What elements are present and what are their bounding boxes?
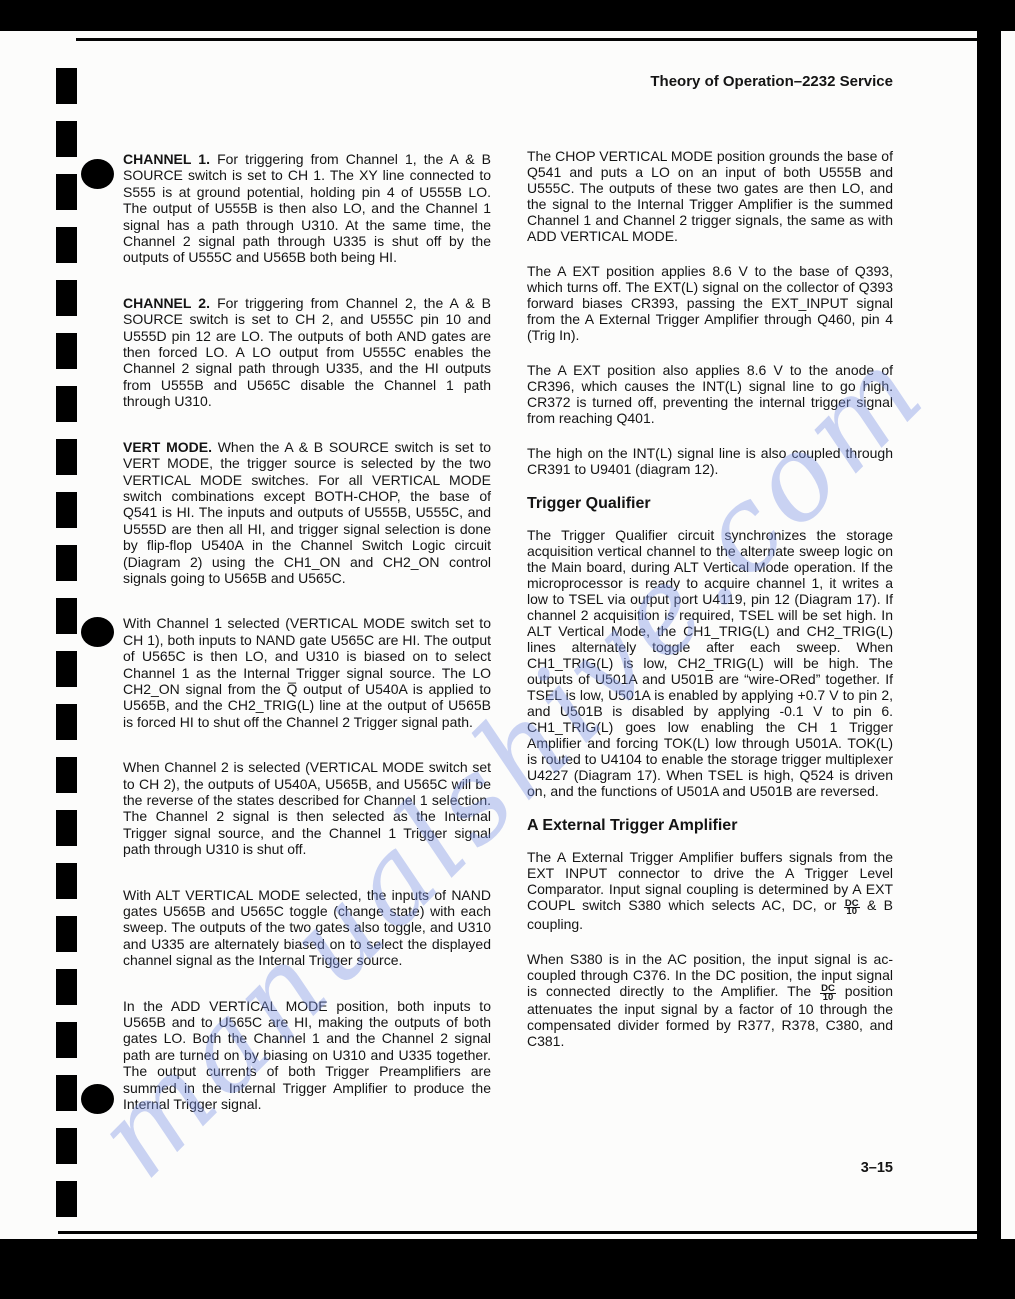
paragraph-channel-1: CHANNEL 1. For triggering from Channel 1… [123, 151, 491, 266]
hole-punch-dot [81, 617, 114, 647]
paragraph-text: When Channel 2 is selected (VERTICAL MOD… [123, 759, 491, 857]
bottom-rule-line [58, 1231, 1000, 1234]
right-column: The CHOP VERTICAL MODE position grounds … [527, 148, 893, 1068]
run-in-heading: VERT MODE. [123, 439, 212, 455]
fraction-denominator: 10 [820, 994, 836, 1002]
scanned-manual-page: Theory of Operation–2232 Service CHANNEL… [0, 0, 1015, 1299]
hole-punch-dot [81, 159, 114, 189]
paragraph-a-ext-anode: The A EXT position also applies 8.6 V to… [527, 362, 893, 426]
hole-punch-dot [81, 1084, 114, 1114]
section-heading-trigger-qualifier: Trigger Qualifier [527, 496, 893, 512]
dc-over-10-fraction: DC10 [844, 900, 860, 916]
run-in-heading: CHANNEL 1. [123, 151, 210, 167]
paragraph-text: The A External Trigger Amplifier buffers… [527, 849, 893, 913]
paragraph-vert-mode: VERT MODE. When the A & B SOURCE switch … [123, 439, 491, 587]
run-in-heading: CHANNEL 2. [123, 295, 210, 311]
scan-top-band [0, 0, 1015, 31]
paragraph-text: With Channel 1 selected (VERTICAL MODE s… [123, 615, 491, 729]
paragraph-text: When the A & B SOURCE switch is set to V… [123, 439, 491, 586]
paragraph-a-ext: The A EXT position applies 8.6 V to the … [527, 263, 893, 343]
section-heading-a-external-trigger-amplifier: A External Trigger Amplifier [527, 818, 893, 834]
paragraph-chop-mode: The CHOP VERTICAL MODE position grounds … [527, 148, 893, 244]
scan-bottom-band [0, 1239, 1015, 1299]
page-number: 3–15 [527, 1160, 893, 1176]
paragraph-channel-2: CHANNEL 2. For triggering from Channel 2… [123, 295, 491, 410]
paragraph-text: For triggering from Channel 1, the A & B… [123, 151, 491, 265]
page-header-title: Theory of Operation–2232 Service [527, 73, 893, 90]
paragraph: When Channel 2 is selected (VERTICAL MOD… [123, 759, 491, 857]
paragraph-s380: When S380 is in the AC position, the inp… [527, 951, 893, 1050]
top-rule-line [76, 38, 982, 41]
paragraph-text: With ALT VERTICAL MODE selected, the inp… [123, 887, 491, 969]
left-column: CHANNEL 1. For triggering from Channel 1… [123, 151, 491, 1142]
paragraph-text: In the ADD VERTICAL MODE position, both … [123, 998, 491, 1112]
paragraph-ext-amplifier: The A External Trigger Amplifier buffers… [527, 849, 893, 932]
paragraph: With ALT VERTICAL MODE selected, the inp… [123, 887, 491, 969]
scan-right-band [977, 0, 1001, 1299]
paragraph: With Channel 1 selected (VERTICAL MODE s… [123, 615, 491, 730]
paragraph-trigger-qualifier: The Trigger Qualifier circuit synchroniz… [527, 527, 893, 799]
paragraph-int-line: The high on the INT(L) signal line is al… [527, 445, 893, 477]
paragraph: In the ADD VERTICAL MODE position, both … [123, 998, 491, 1113]
binding-marks [56, 68, 77, 1226]
paragraph-text: For triggering from Channel 2, the A & B… [123, 295, 491, 409]
dc-over-10-fraction: DC10 [820, 985, 836, 1001]
fraction-denominator: 10 [844, 908, 860, 916]
